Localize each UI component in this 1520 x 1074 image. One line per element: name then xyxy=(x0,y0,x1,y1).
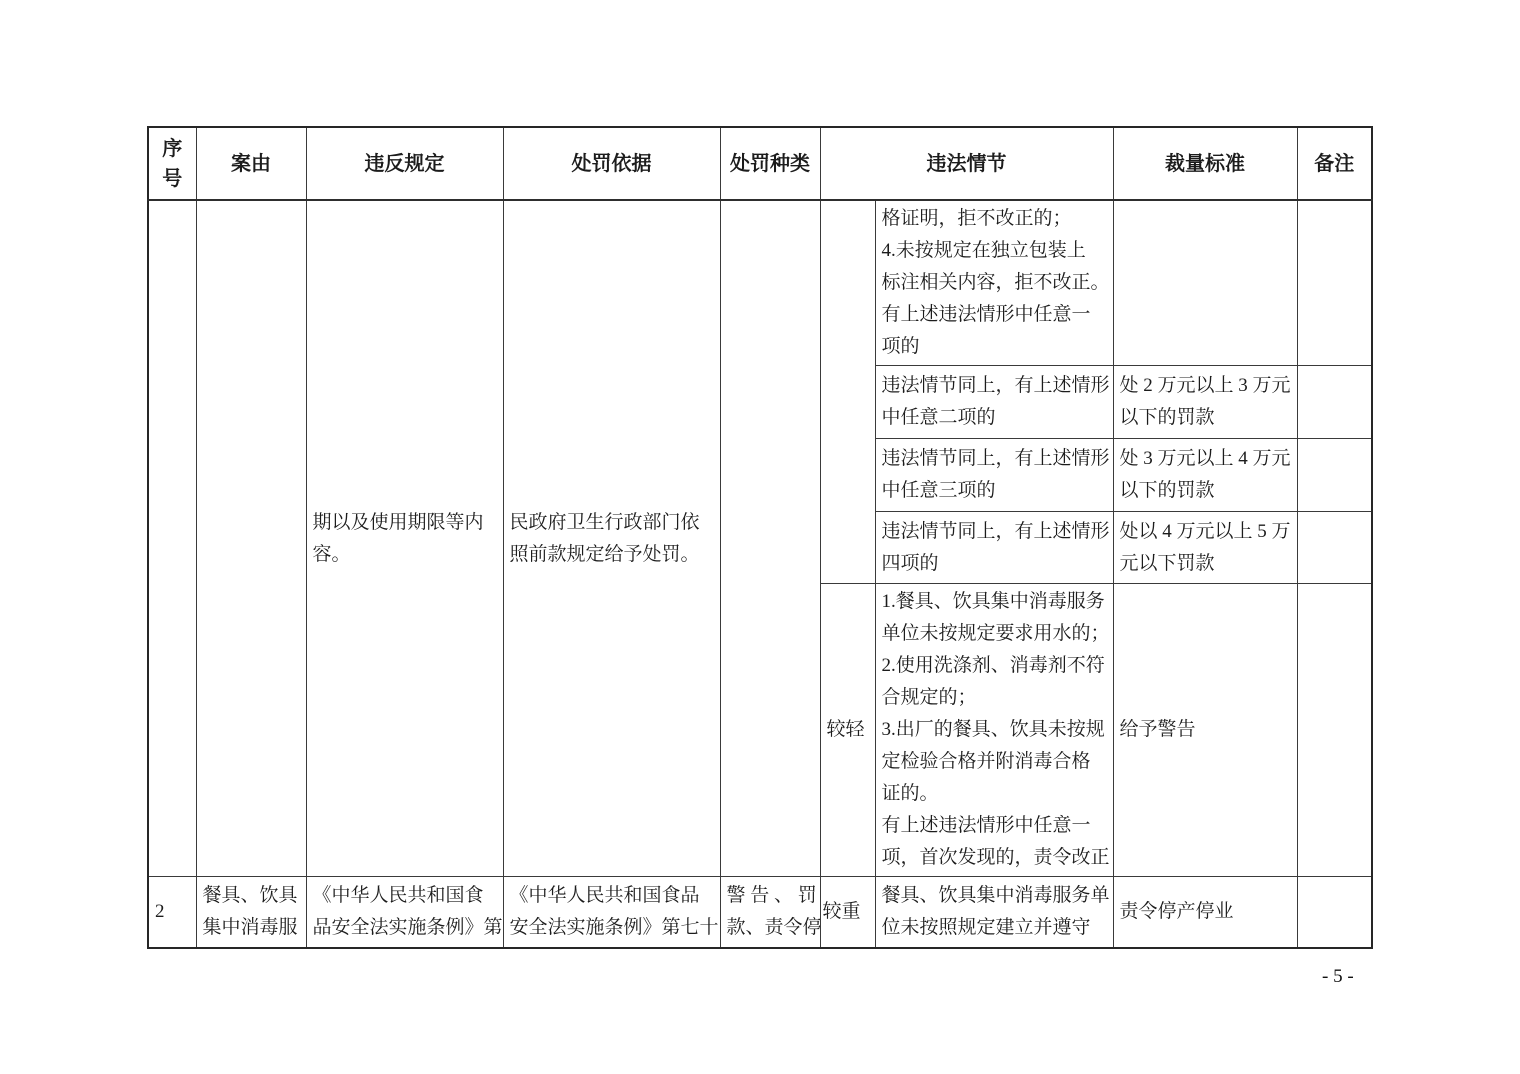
row1-standard-a xyxy=(1113,200,1297,366)
row1-circumstances-lighter: 1.餐具、饮具集中消毒服务 单位未按规定要求用水的； 2.使用洗涤剂、消毒剂不符… xyxy=(875,584,1113,877)
row1-standard-lighter: 给予警告 xyxy=(1113,584,1297,877)
header-penalty-basis: 处罚依据 xyxy=(503,127,720,200)
row1-remarks-lighter xyxy=(1297,584,1372,877)
row1-circumstances-d: 违法情节同上，有上述情形 四项的 xyxy=(875,512,1113,584)
row1-violated-regulation-cell: 期以及使用期限等内 容。 xyxy=(306,200,503,877)
row1-standard-b: 处 2 万元以上 3 万元 以下的罚款 xyxy=(1113,366,1297,439)
row1-subrow-a: 期以及使用期限等内 容。 民政府卫生行政部门依 照前款规定给予处罚。 格证明，拒… xyxy=(148,200,1372,366)
row1-standard-d: 处以 4 万元以上 5 万 元以下罚款 xyxy=(1113,512,1297,584)
header-penalty-type: 处罚种类 xyxy=(720,127,820,200)
row2-penalty-basis-cell: 《中华人民共和国食品 安全法实施条例》第七十 xyxy=(503,877,720,948)
row1-remarks-a xyxy=(1297,200,1372,366)
row1-severity-cell-upper xyxy=(820,200,875,584)
row1-remarks-b xyxy=(1297,366,1372,439)
header-remarks: 备注 xyxy=(1297,127,1372,200)
row2-remarks-cell xyxy=(1297,877,1372,948)
row1-circumstances-b: 违法情节同上，有上述情形 中任意二项的 xyxy=(875,366,1113,439)
header-violation-circumstances: 违法情节 xyxy=(820,127,1113,200)
row1-index-cell xyxy=(148,200,196,877)
row2-index-cell: 2 xyxy=(148,877,196,948)
header-discretion-standard: 裁量标准 xyxy=(1113,127,1297,200)
row2-standard-cell: 责令停产停业 xyxy=(1113,877,1297,948)
row1-penalty-type-cell xyxy=(720,200,820,877)
row1-cause-cell xyxy=(196,200,306,877)
row1-remarks-d xyxy=(1297,512,1372,584)
row2-circumstances-cell: 餐具、饮具集中消毒服务单 位未按照规定建立并遵守 xyxy=(875,877,1113,948)
row2: 2 餐具、饮具 集中消毒服 《中华人民共和国食 品安全法实施条例》第 《中华人民… xyxy=(148,877,1372,948)
row1-circumstances-a: 格证明，拒不改正的； 4.未按规定在独立包装上 标注相关内容，拒不改正。 有上述… xyxy=(875,200,1113,366)
row2-severity-cell: 较重 xyxy=(820,877,875,948)
row1-circumstances-c: 违法情节同上，有上述情形 中任意三项的 xyxy=(875,439,1113,512)
row2-violated-regulation-cell: 《中华人民共和国食 品安全法实施条例》第 xyxy=(306,877,503,948)
row2-cause-cell: 餐具、饮具 集中消毒服 xyxy=(196,877,306,948)
penalty-standards-table: 序 号 案由 违反规定 处罚依据 处罚种类 违法情节 裁量标准 备注 期以及使用… xyxy=(147,126,1373,949)
header-violated-regulation: 违反规定 xyxy=(306,127,503,200)
document-page: 序 号 案由 违反规定 处罚依据 处罚种类 违法情节 裁量标准 备注 期以及使用… xyxy=(0,0,1520,1074)
header-index: 序 号 xyxy=(148,127,196,200)
page-number: - 5 - xyxy=(1322,966,1354,988)
row1-severity-lighter: 较轻 xyxy=(820,584,875,877)
row2-penalty-type-cell: 警 告 、 罚 款、责令停 xyxy=(720,877,820,948)
row1-standard-c: 处 3 万元以上 4 万元 以下的罚款 xyxy=(1113,439,1297,512)
header-row: 序 号 案由 违反规定 处罚依据 处罚种类 违法情节 裁量标准 备注 xyxy=(148,127,1372,200)
header-cause: 案由 xyxy=(196,127,306,200)
row1-penalty-basis-cell: 民政府卫生行政部门依 照前款规定给予处罚。 xyxy=(503,200,720,877)
row1-remarks-c xyxy=(1297,439,1372,512)
